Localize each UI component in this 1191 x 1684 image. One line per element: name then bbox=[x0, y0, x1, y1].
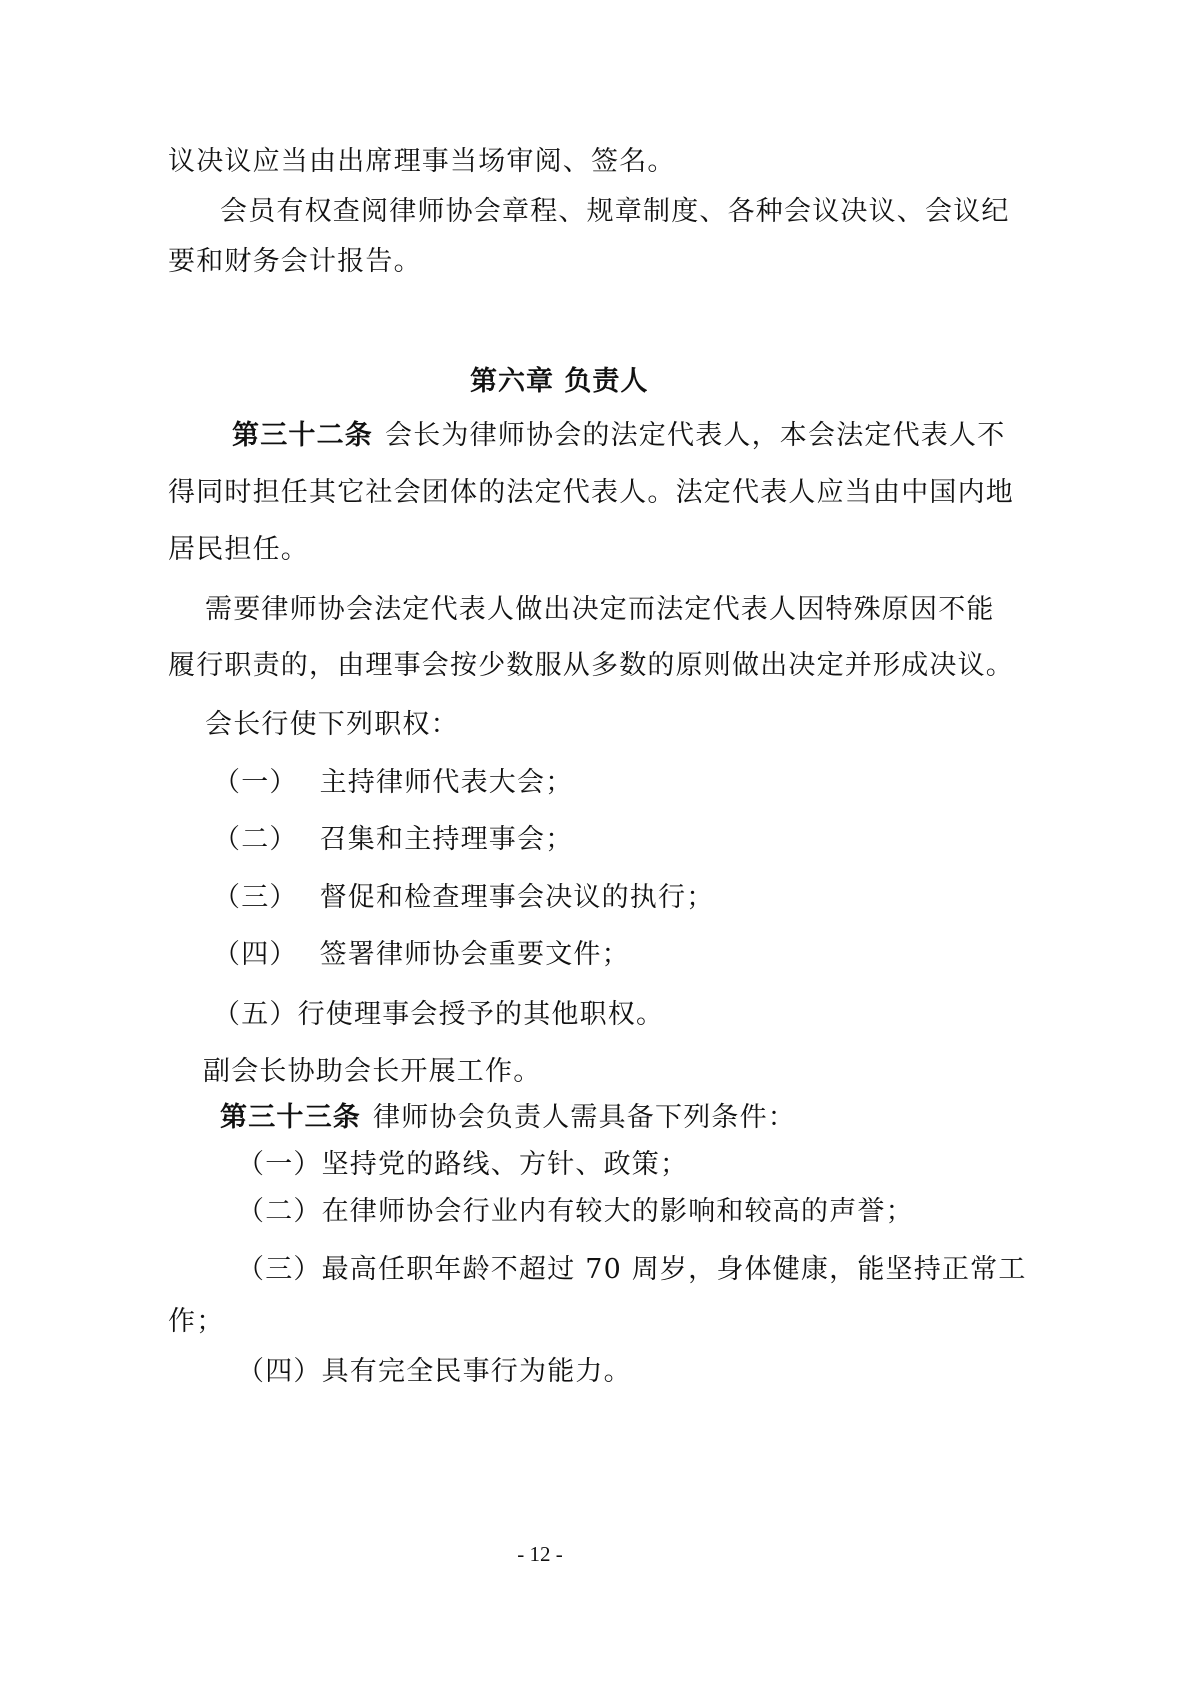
condition-item-2: （二）在律师协会行业内有较大的影响和较高的声誉； bbox=[237, 1195, 914, 1229]
condition-item-1: （一）坚持党的路线、方针、政策； bbox=[237, 1148, 688, 1182]
power-item-3: （三）督促和检查理事会决议的执行； bbox=[213, 881, 714, 915]
power-text: 行使理事会授予的其他职权。 bbox=[298, 999, 665, 1030]
power-text: 主持律师代表大会； bbox=[320, 767, 574, 798]
article-32-line3: 居民担任。 bbox=[168, 533, 309, 567]
document-page: 议决议应当由出席理事当场审阅、签名。 会员有权查阅律师协会章程、规章制度、各种会… bbox=[0, 0, 1191, 1684]
list-marker: （五） bbox=[213, 998, 298, 1032]
condition-text: 在律师协会行业内有较大的影响和较高的声誉； bbox=[322, 1196, 914, 1227]
list-marker: （三） bbox=[213, 881, 298, 915]
member-rights-paragraph-line2: 要和财务会计报告。 bbox=[168, 245, 422, 279]
power-item-4: （四）签署律师协会重要文件； bbox=[213, 938, 630, 972]
article-32-number: 第三十二条 bbox=[232, 420, 373, 451]
condition-item-4: （四）具有完全民事行为能力。 bbox=[237, 1355, 632, 1389]
list-marker: （一） bbox=[237, 1148, 322, 1182]
article-33-number: 第三十三条 bbox=[220, 1102, 361, 1133]
list-marker: （三） bbox=[237, 1253, 322, 1287]
condition-text: 具有完全民事行为能力。 bbox=[322, 1356, 632, 1387]
vice-president-line: 副会长协助会长开展工作。 bbox=[203, 1055, 541, 1089]
power-text: 召集和主持理事会； bbox=[320, 824, 574, 855]
power-item-2: （二）召集和主持理事会； bbox=[213, 823, 573, 857]
condition-item-3: （三）最高任职年龄不超过 70 周岁，身体健康，能坚持正常工 bbox=[237, 1253, 1027, 1287]
list-marker: （一） bbox=[213, 766, 298, 800]
chapter-heading: 第六章 负责人 bbox=[470, 365, 648, 399]
condition-text: 坚持党的路线、方针、政策； bbox=[322, 1149, 689, 1180]
member-rights-paragraph-line1: 会员有权查阅律师协会章程、规章制度、各种会议决议、会议纪 bbox=[220, 195, 1010, 229]
page-number: - 12 - bbox=[0, 1540, 1080, 1568]
power-item-1: （一）主持律师代表大会； bbox=[213, 766, 573, 800]
list-marker: （四） bbox=[213, 938, 298, 972]
continuation-line: 议决议应当由出席理事当场审阅、签名。 bbox=[168, 145, 676, 179]
power-text: 签署律师协会重要文件； bbox=[320, 939, 630, 970]
article-32-line2: 得同时担任其它社会团体的法定代表人。法定代表人应当由中国内地 bbox=[168, 476, 1014, 510]
article-33-intro: 律师协会负责人需具备下列条件： bbox=[373, 1102, 796, 1133]
condition-text: 最高任职年龄不超过 70 周岁，身体健康，能坚持正常工 bbox=[322, 1254, 1027, 1285]
article-33-line1: 第三十三条律师协会负责人需具备下列条件： bbox=[220, 1101, 796, 1135]
list-marker: （四） bbox=[237, 1355, 322, 1389]
president-powers-intro: 会长行使下列职权： bbox=[205, 708, 459, 742]
article-32-text: 会长为律师协会的法定代表人，本会法定代表人不 bbox=[385, 420, 1005, 451]
power-text: 督促和检查理事会决议的执行； bbox=[320, 882, 715, 913]
article-32-line1: 第三十二条会长为律师协会的法定代表人，本会法定代表人不 bbox=[232, 419, 1005, 453]
article-32-para2-line1: 需要律师协会法定代表人做出决定而法定代表人因特殊原因不能 bbox=[205, 593, 995, 627]
list-marker: （二） bbox=[237, 1195, 322, 1229]
power-item-5: （五）行使理事会授予的其他职权。 bbox=[213, 998, 664, 1032]
article-32-para2-line2: 履行职责的，由理事会按少数服从多数的原则做出决定并形成决议。 bbox=[168, 649, 1014, 683]
condition-item-3-continuation: 作； bbox=[168, 1305, 224, 1339]
list-marker: （二） bbox=[213, 823, 298, 857]
